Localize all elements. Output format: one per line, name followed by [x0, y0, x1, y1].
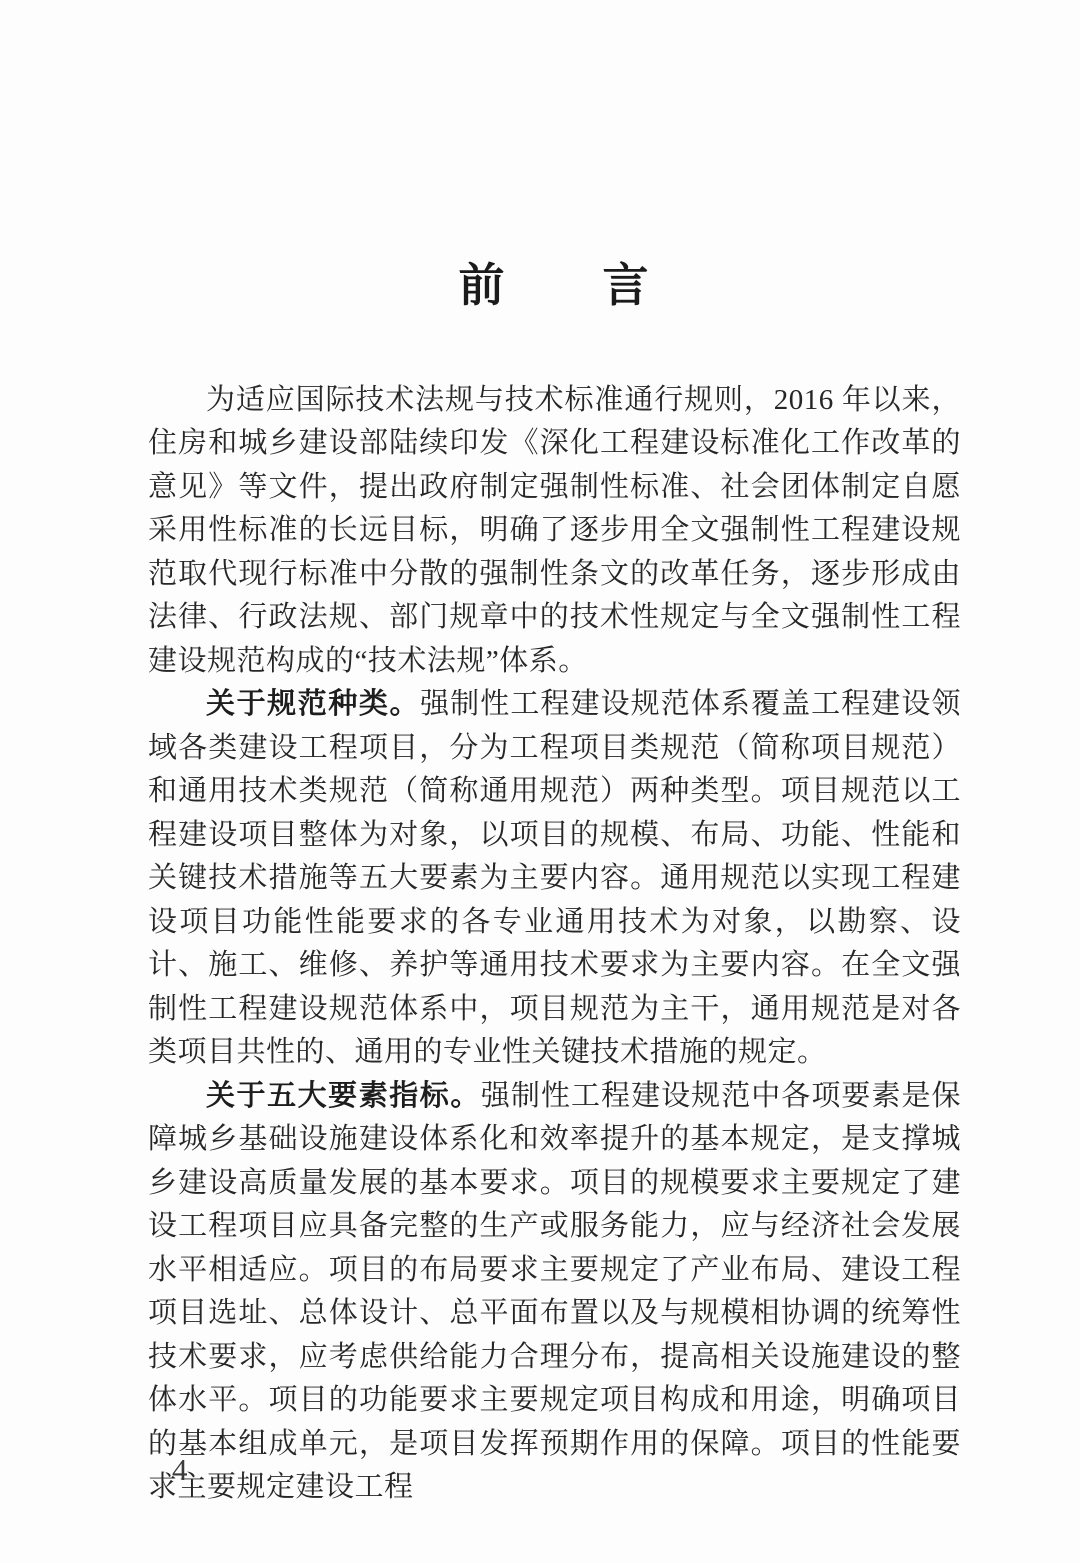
paragraph: 关于五大要素指标。强制性工程建设规范中各项要素是保障城乡基础设施建设体系化和效率… [148, 1075, 961, 1510]
paragraph-text: 强制性工程建设规范体系覆盖工程建设领域各类建设工程项目，分为工程项目类规范（简称… [148, 688, 961, 1068]
paragraph-lead: 关于五大要素指标。 [206, 1080, 481, 1112]
page-number: 4 [172, 1452, 188, 1488]
document-page: 前 言 为适应国际技术法规与技术标准通行规则，2016 年以来，住房和城乡建设部… [0, 0, 1080, 1563]
text-column: 前 言 为适应国际技术法规与技术标准通行规则，2016 年以来，住房和城乡建设部… [148, 0, 961, 1510]
paragraph: 为适应国际技术法规与技术标准通行规则，2016 年以来，住房和城乡建设部陆续印发… [148, 379, 961, 684]
paragraph-text: 强制性工程建设规范中各项要素是保障城乡基础设施建设体系化和效率提升的基本规定，是… [148, 1080, 961, 1504]
body-text: 为适应国际技术法规与技术标准通行规则，2016 年以来，住房和城乡建设部陆续印发… [148, 379, 961, 1510]
paragraph-text: 为适应国际技术法规与技术标准通行规则，2016 年以来，住房和城乡建设部陆续印发… [148, 384, 961, 677]
paragraph-lead: 关于规范种类。 [206, 688, 420, 720]
page-title: 前 言 [148, 0, 961, 313]
paragraph: 关于规范种类。强制性工程建设规范体系覆盖工程建设领域各类建设工程项目，分为工程项… [148, 683, 961, 1075]
